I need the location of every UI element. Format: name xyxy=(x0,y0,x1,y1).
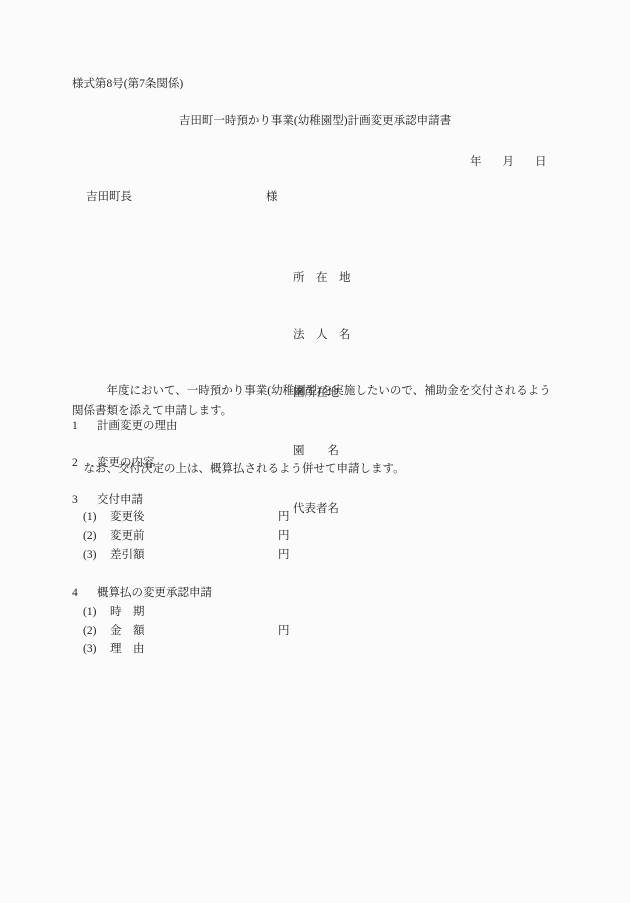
section-1-number: 1 xyxy=(72,421,78,433)
section-3-item-1-unit: 円 xyxy=(278,512,290,524)
form-number: 様式第8号(第7条関係) xyxy=(72,79,183,91)
addressee-honorific: 様 xyxy=(266,192,278,204)
section-4-item-3-number: (3) xyxy=(83,644,96,656)
section-4-item-3-label: 理 由 xyxy=(110,644,145,656)
section-3-item-3-unit: 円 xyxy=(278,550,290,562)
section-3-item-3-label: 差引額 xyxy=(110,550,145,562)
addressee-name: 吉田町長 xyxy=(86,192,132,204)
section-4-heading: 概算払の変更承認申請 xyxy=(97,588,212,600)
section-3-item-3-number: (3) xyxy=(83,550,96,562)
date-day-label: 日 xyxy=(535,157,547,169)
section-4-number: 4 xyxy=(72,588,78,600)
date-year-label: 年 xyxy=(470,157,482,169)
body-paragraph-1: 年度において、一時預かり事業(幼稚園型)を実施したいので、補助金を交付されるよう… xyxy=(72,382,560,421)
section-2-heading: 変更の内容 xyxy=(97,458,155,470)
section-4-item-2-number: (2) xyxy=(83,626,96,638)
field-label-location: 所 在 地 xyxy=(293,269,351,288)
section-2-number: 2 xyxy=(72,458,78,470)
section-4-item-1-number: (1) xyxy=(83,607,96,619)
section-4-item-2-label: 金 額 xyxy=(110,626,145,638)
section-3-number: 3 xyxy=(72,495,78,507)
section-3-heading: 交付申請 xyxy=(97,495,143,507)
section-3-item-2-number: (2) xyxy=(83,531,96,543)
section-3-item-1-number: (1) xyxy=(83,512,96,524)
section-1-heading: 計画変更の理由 xyxy=(97,421,178,433)
document-page: 様式第8号(第7条関係) 吉田町一時預かり事業(幼稚園型)計画変更承認申請書 年… xyxy=(0,0,630,903)
date-line: 年 月 日 xyxy=(470,157,547,169)
section-3-item-2-label: 変更前 xyxy=(110,531,145,543)
section-4-item-1-label: 時 期 xyxy=(110,607,145,619)
section-3-item-2-unit: 円 xyxy=(278,531,290,543)
section-3-item-1-label: 変更後 xyxy=(110,512,145,524)
document-title: 吉田町一時預かり事業(幼稚園型)計画変更承認申請書 xyxy=(0,116,630,128)
date-month-label: 月 xyxy=(503,157,515,169)
section-4-item-2-unit: 円 xyxy=(278,626,290,638)
